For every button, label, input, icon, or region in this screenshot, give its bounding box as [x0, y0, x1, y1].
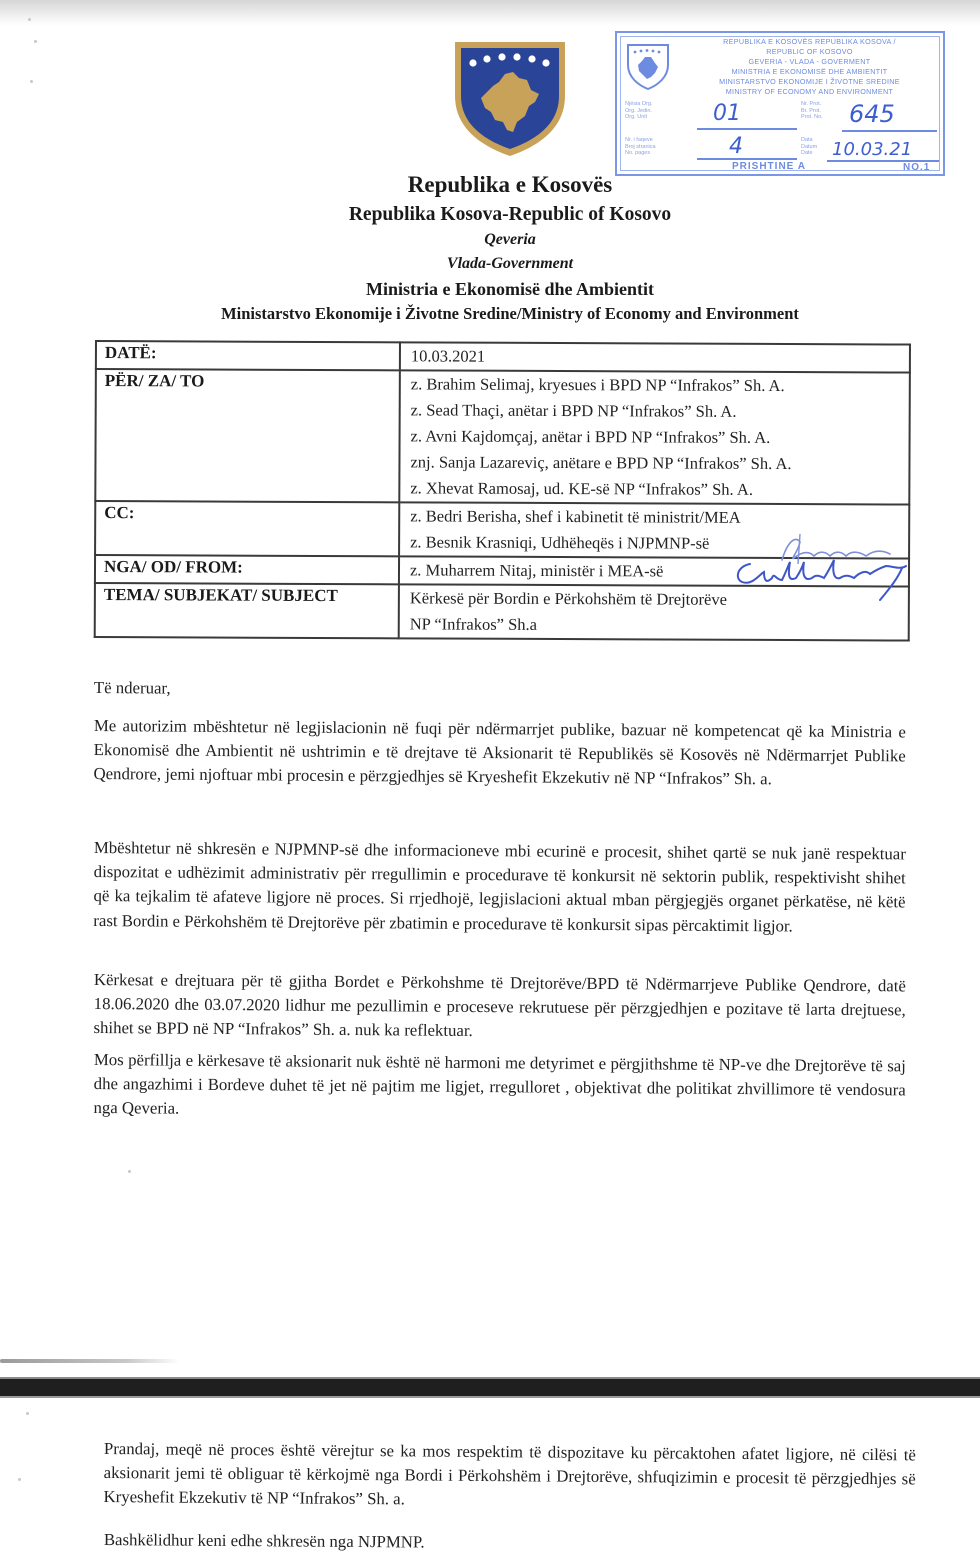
stamp-city: PRISHTINE A: [732, 161, 806, 172]
letterhead-republic-albanian: Republika e Kosovës: [100, 172, 920, 198]
stamp-protocol-label: Nr. Prot.Br. Prot.Prot. No.: [801, 101, 823, 121]
memo-label-from: NGA/ OD/ FROM:: [95, 555, 399, 584]
memo-label-to: PËR/ ZA/ TO: [95, 369, 400, 502]
stamp-pages-label: Nr. i faqeveBroj stranicaNo. pages: [625, 137, 656, 157]
letterhead-ministry-serbian-english: Ministarstvo Ekonomije i Životne Sredine…: [120, 304, 900, 324]
stamp-org-unit-value: 01: [713, 103, 741, 125]
memo-value-from: z. Muharrem Nitaj, ministër i MEA-së: [399, 556, 909, 586]
memo-row-from: NGA/ OD/ FROM: z. Muharrem Nitaj, minist…: [95, 555, 909, 587]
body-paragraph: Mos përfillja e kërkesave të aksionarit …: [93, 1048, 906, 1127]
greeting: Të nderuar,: [94, 676, 906, 707]
recipient: z. Xhevat Ramosaj, ud. KE-së NP “Infrako…: [410, 475, 900, 503]
letterhead-government-serbian-english: Vlada-Government: [100, 255, 920, 273]
page-edge-shadow: [0, 1359, 180, 1363]
stamp-header: Republika e Kosovës Republika Kosova / R…: [677, 37, 942, 97]
cc-recipient: z. Besnik Krasniqi, Udhëheqës i NJPMNP-s…: [410, 529, 900, 557]
memo-value-subject: Kërkesë për Bordin e Përkohshëm të Drejt…: [399, 584, 909, 640]
kosovo-coat-of-arms-icon: [451, 36, 569, 158]
body-paragraph: Mbështetur në shkresën e NJPMNP-së dhe i…: [93, 836, 906, 939]
memo-label-cc: CC:: [95, 501, 399, 556]
recipient: z. Avni Kajdomçaj, anëtar i BPD NP “Infr…: [411, 423, 901, 451]
stamp-date-label: DataDatumDate: [801, 137, 817, 157]
letterhead-ministry-albanian: Ministria e Ekonomisë dhe Ambientit: [100, 279, 920, 300]
stamp-crest-icon: [625, 41, 671, 91]
page-separator: [0, 1377, 980, 1398]
memo-header-table: DATË: 10.03.2021 PËR/ ZA/ TO z. Brahim S…: [94, 340, 911, 642]
memo-value-to: z. Brahim Selimaj, kryesues i BPD NP “In…: [399, 370, 910, 504]
document-page-1: Republika e Kosovës Republika Kosova / R…: [0, 0, 980, 1378]
registry-stamp: Republika e Kosovës Republika Kosova / R…: [615, 31, 945, 176]
memo-label-subject: TEMA/ SUBJEKAT/ SUBJECT: [95, 583, 399, 638]
stamp-pages-value: 4: [729, 136, 743, 158]
memo-value-cc: z. Bedri Berisha, shef i kabinetit të mi…: [399, 502, 909, 558]
stamp-date-value: 10.03.21: [832, 139, 912, 161]
memo-row-cc: CC: z. Bedri Berisha, shef i kabinetit t…: [95, 501, 909, 559]
body-paragraph: Me autorizim mbështetur në legjislacioni…: [93, 714, 906, 793]
body-paragraph: Kërkesat e drejtuara për të gjitha Borde…: [93, 968, 906, 1047]
recipient: z. Sead Thaçi, anëtar i BPD NP “Infrakos…: [411, 397, 901, 425]
memo-value-date: 10.03.2021: [400, 342, 910, 372]
page2-paragraph: Prandaj, meqë në proces është vërejtur s…: [103, 1437, 916, 1516]
memo-label-date: DATË:: [96, 341, 400, 370]
recipient: znj. Sanja Lazareviç, anëtare e BPD NP “…: [410, 449, 900, 477]
memo-row-subject: TEMA/ SUBJEKAT/ SUBJECT Kërkesë për Bord…: [95, 583, 909, 641]
memo-row-date: DATË: 10.03.2021: [96, 341, 910, 373]
letterhead-republic-serbian-english: Republika Kosova-Republic of Kosovo: [100, 204, 920, 226]
stamp-protocol-value: 645: [849, 103, 895, 125]
recipient: z. Brahim Selimaj, kryesues i BPD NP “In…: [411, 371, 901, 399]
cc-recipient: z. Bedri Berisha, shef i kabinetit të mi…: [410, 503, 900, 531]
memo-row-to: PËR/ ZA/ TO z. Brahim Selimaj, kryesues …: [95, 369, 910, 505]
letterhead-government-albanian: Qeveria: [100, 231, 920, 249]
stamp-org-unit-label: Njësia Org.Org. Jedin.Org. Unit: [625, 101, 653, 121]
